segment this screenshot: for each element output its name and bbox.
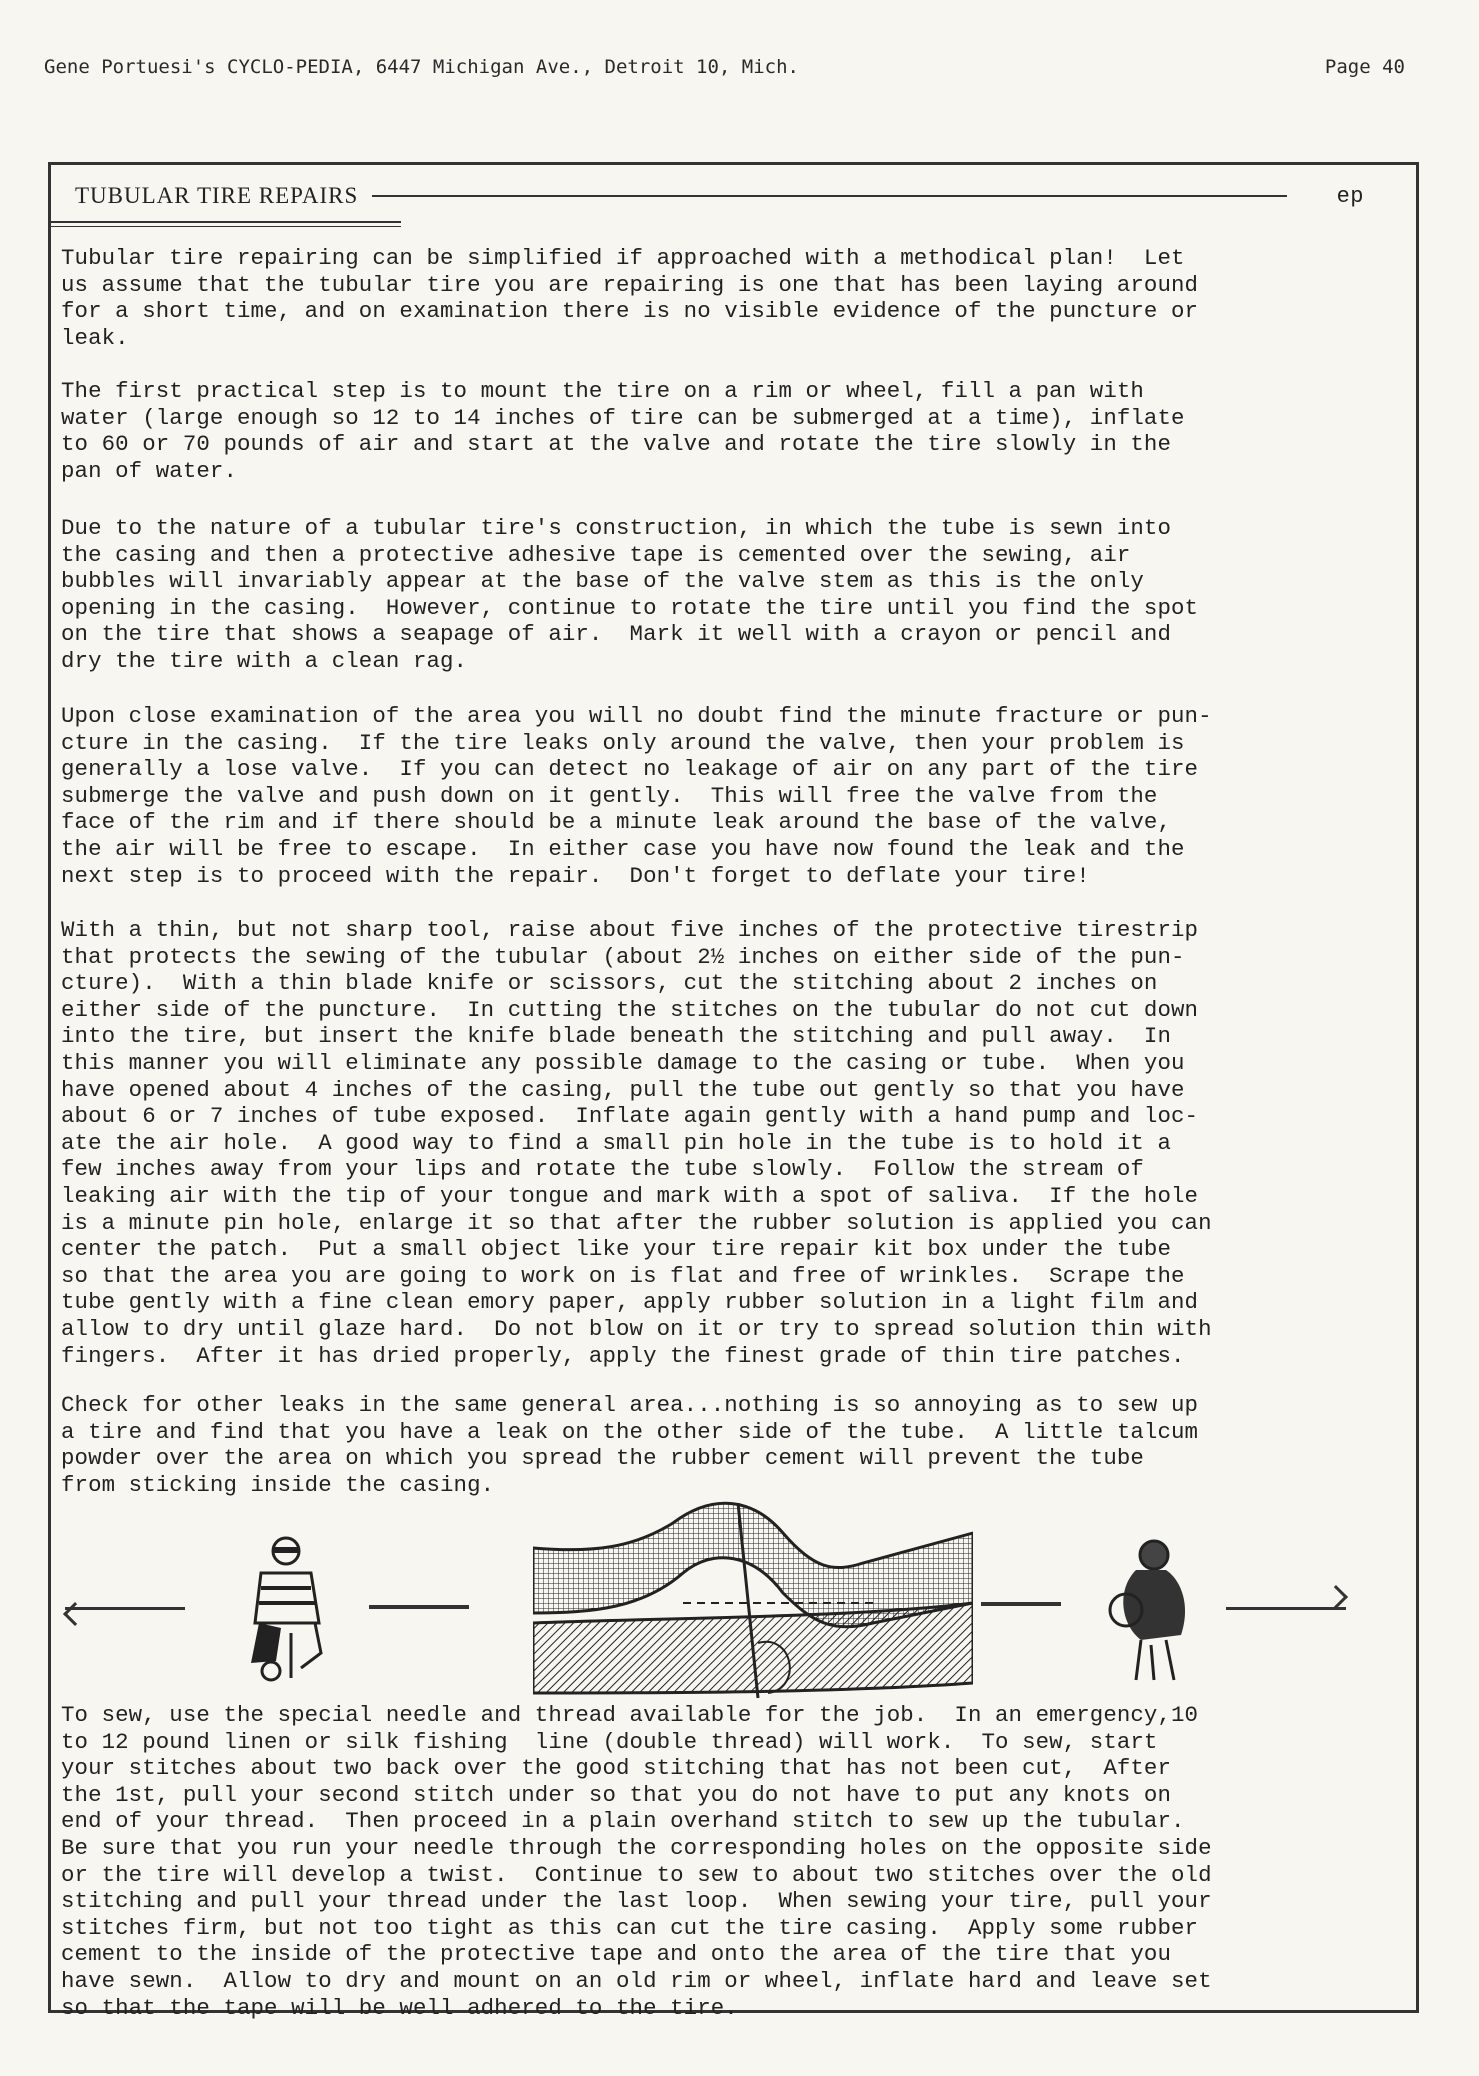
arrow-right-icon (1226, 1607, 1346, 1610)
paragraph-patching: With a thin, but not sharp tool, raise a… (61, 917, 1410, 1369)
article-title: TUBULAR TIRE REPAIRS (75, 183, 358, 209)
paragraph-check-leaks: Check for other leaks in the same genera… (61, 1392, 1410, 1498)
article-title-row: TUBULAR TIRE REPAIRS ep (75, 183, 1386, 209)
paragraph-mount: The first practical step is to mount the… (61, 378, 1410, 484)
title-rule (372, 195, 1286, 197)
paragraph-examination: Upon close examination of the area you w… (61, 703, 1410, 889)
page-number: Page 40 (1325, 56, 1405, 78)
page-header: Gene Portuesi's CYCLO-PEDIA, 6447 Michig… (44, 56, 1405, 78)
dash-line-left (369, 1605, 469, 1609)
cyclist-icon (1096, 1535, 1206, 1685)
illustration (51, 1495, 1416, 1695)
publication-line: Gene Portuesi's CYCLO-PEDIA, 6447 Michig… (44, 56, 799, 78)
title-underline (51, 221, 401, 227)
arrow-left-icon (65, 1607, 185, 1610)
paragraph-construction: Due to the nature of a tubular tire's co… (61, 515, 1410, 675)
article-box: TUBULAR TIRE REPAIRS ep Tubular tire rep… (48, 162, 1419, 2013)
paragraph-intro: Tubular tire repairing can be simplified… (61, 245, 1410, 351)
cyclist-icon (231, 1533, 341, 1683)
dash-line-right (981, 1602, 1061, 1606)
paragraph-sewing: To sew, use the special needle and threa… (61, 1702, 1410, 2021)
author-initials: ep (1337, 184, 1364, 209)
tire-cutaway-icon (533, 1493, 973, 1703)
